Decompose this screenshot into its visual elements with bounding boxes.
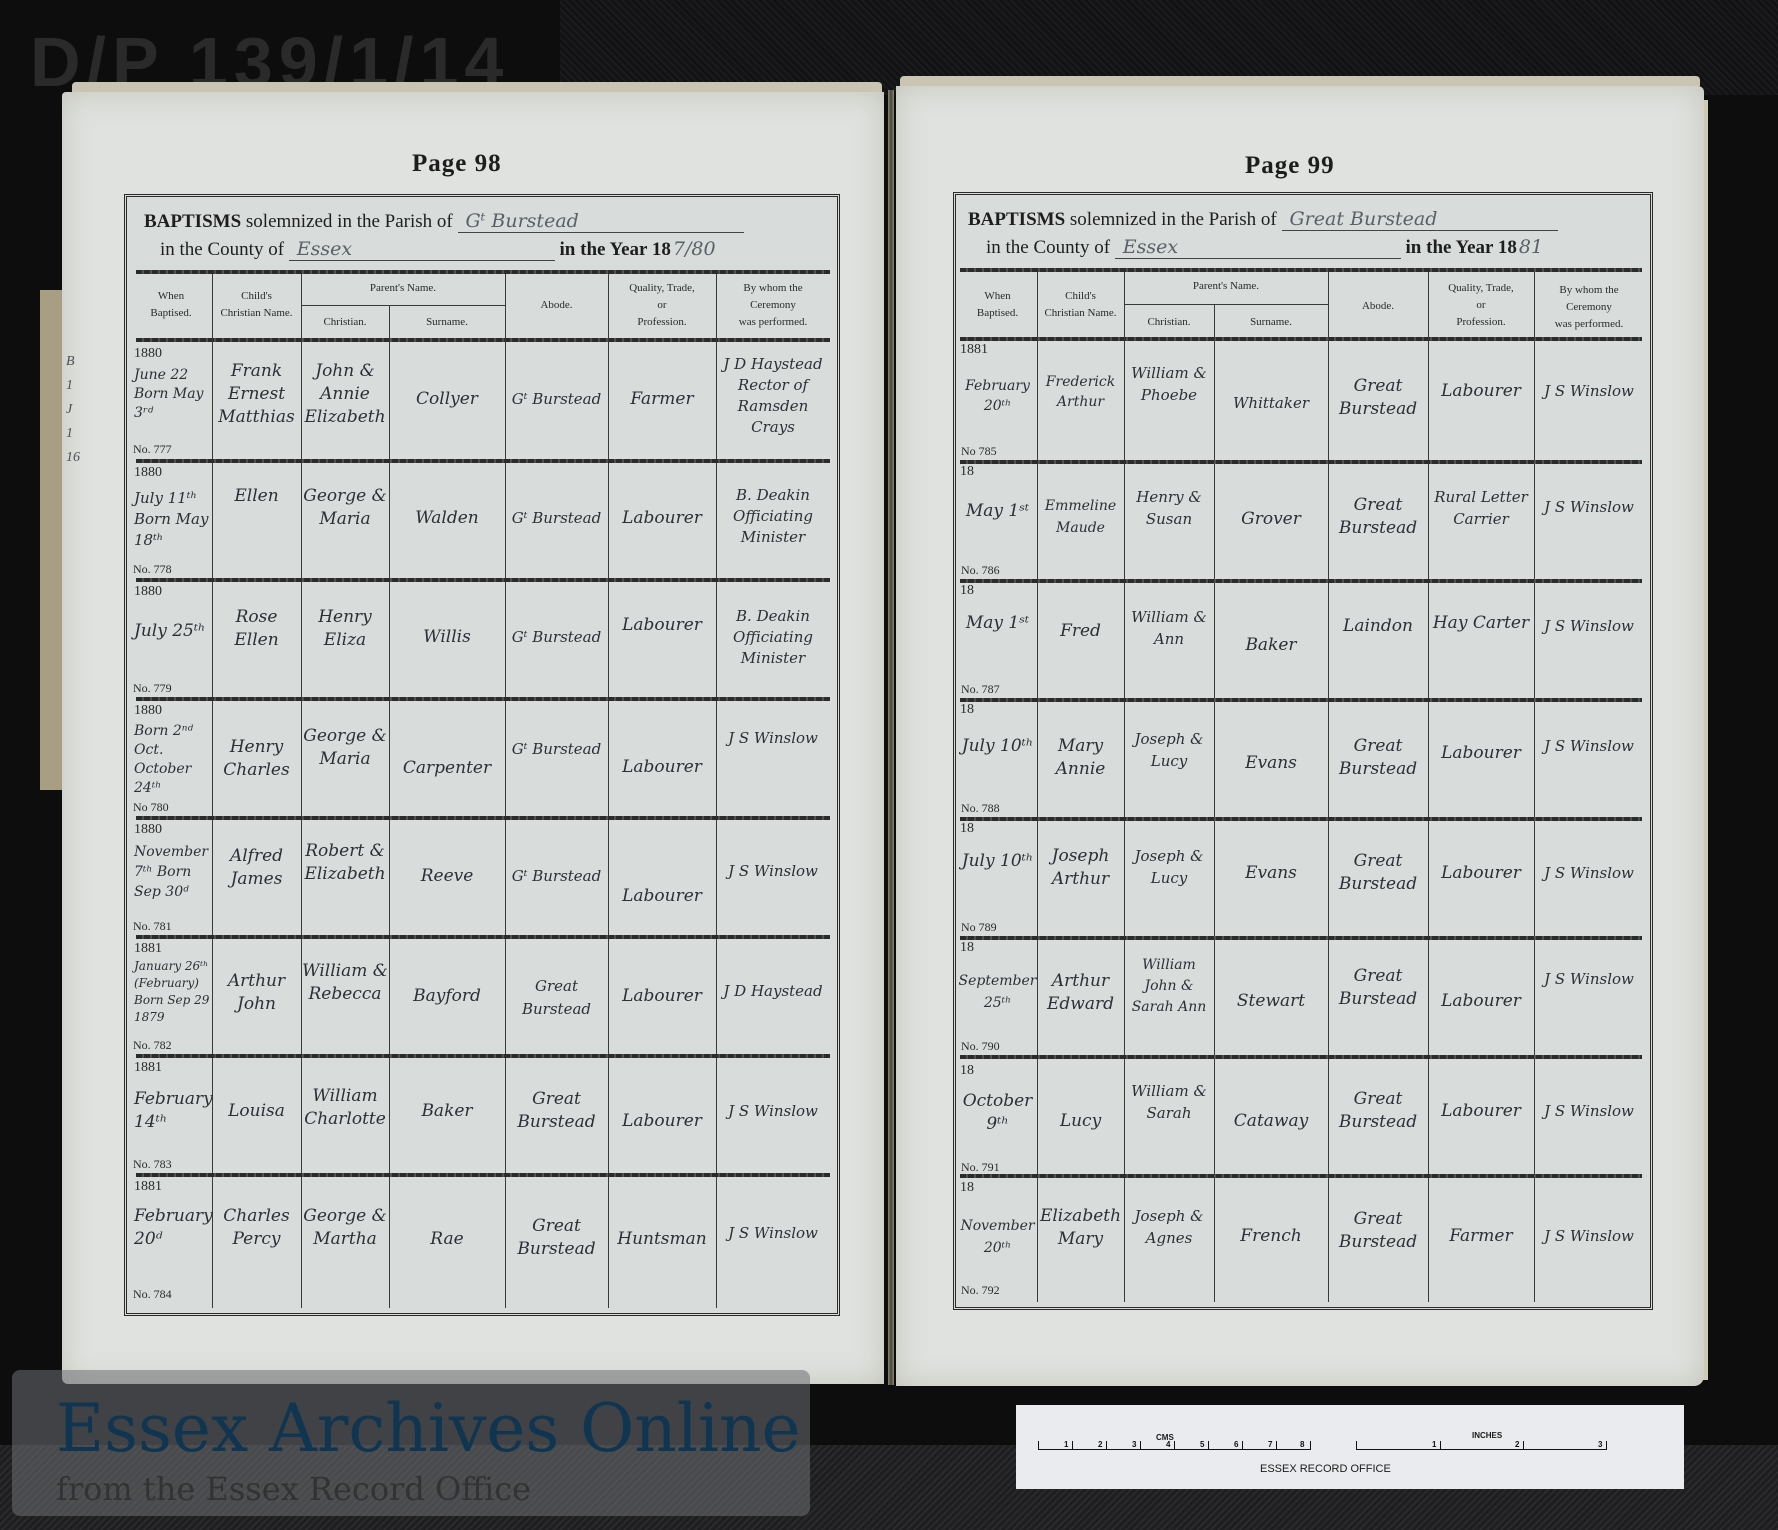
header-baptisms: BAPTISMS (144, 211, 241, 232)
row-rule (136, 459, 830, 463)
entry-abode: Great Burstead (1328, 850, 1428, 896)
row-rule (960, 1174, 1642, 1178)
header-year-label: in the Year 18 (1406, 237, 1517, 258)
entry-year: 1881 (134, 1179, 162, 1195)
entry-surname: Walden (389, 507, 505, 530)
cm-tick (1276, 1441, 1277, 1450)
entry-year: 1880 (134, 822, 162, 838)
inches-label: INCHES (1472, 1431, 1502, 1440)
entry-abode: Great Burstead (1328, 735, 1428, 781)
col-when-baptised: WhenBaptised. (130, 288, 212, 322)
entry-parents-christian: William & Rebecca (301, 960, 389, 1006)
entry-parents-christian: William & Phoebe (1124, 362, 1214, 406)
entry-quality: Labourer (1428, 862, 1534, 885)
cm-tick-label: 4 (1166, 1440, 1170, 1449)
header-rule (136, 270, 830, 274)
header-parish-line: BAPTISMS solemnized in the Parish of Gᵗ … (144, 210, 744, 233)
entry-date: July 10ᵗʰ (958, 735, 1037, 758)
entry-parents-christian: Joseph & Lucy (1124, 728, 1214, 772)
cm-tick (1106, 1441, 1107, 1450)
entry-surname: Evans (1214, 862, 1328, 885)
entry-child: Arthur Edward (1037, 970, 1124, 1016)
entry-number: No 785 (961, 444, 997, 459)
entry-surname: Willis (389, 626, 505, 649)
entry-by-whom: J S Winslow (1534, 380, 1644, 403)
row-rule (960, 579, 1642, 583)
header-bottom-rule (136, 338, 830, 342)
entry-abode: Great Burstead (1328, 494, 1428, 540)
entry-date: November 20ᵗʰ (958, 1215, 1037, 1259)
entry-date: June 22 Born May 3ʳᵈ (134, 366, 212, 423)
torn-left-edge (40, 290, 64, 790)
entry-abode: Gᵗ Burstead (505, 738, 608, 761)
entry-abode: Great Burstead (1328, 1208, 1428, 1254)
entry-date: January 26ᵗʰ (February) Born Sep 29 1879 (134, 958, 212, 1026)
inch-tick (1523, 1441, 1524, 1450)
cm-tick (1242, 1441, 1243, 1450)
header-parish-label: solemnized in the Parish of (246, 211, 453, 232)
entry-abode: Great Burstead (1328, 375, 1428, 421)
cm-tick-label: 1 (1064, 1440, 1068, 1449)
entry-year: 18 (960, 702, 974, 718)
entry-by-whom: J S Winslow (716, 860, 830, 883)
entry-number: No. 779 (133, 681, 172, 696)
entry-year: 1880 (134, 703, 162, 719)
cm-tick (1174, 1441, 1175, 1450)
col-surname: Surname. (1214, 314, 1328, 331)
entry-date: February 20ᵗʰ (958, 376, 1037, 416)
col-divider (301, 274, 302, 1308)
header-parish-label: solemnized in the Parish of (1070, 209, 1277, 230)
entry-by-whom: J S Winslow (1534, 1100, 1644, 1123)
page-stack-top-left (72, 82, 882, 92)
entry-quality: Labourer (1428, 1100, 1534, 1123)
entry-by-whom: J S Winslow (716, 1222, 830, 1245)
entry-quality: Huntsman (608, 1228, 716, 1251)
scale-ruler: CMS 1 2 3 4 5 6 7 8 INCHES 1 2 3 ESSEX R… (1016, 1405, 1684, 1489)
row-rule (136, 1173, 830, 1177)
entry-parents-christian: Robert & Elizabeth (301, 840, 389, 886)
entry-number: No. 778 (133, 562, 172, 577)
entry-number: No. 783 (133, 1157, 172, 1172)
col-parents-name: Parent's Name. (301, 280, 505, 297)
year-field: 7/80 (671, 238, 718, 260)
col-christian: Christian. (1124, 314, 1214, 331)
col-when-baptised: WhenBaptised. (958, 288, 1037, 322)
entry-surname: Baker (389, 1100, 505, 1123)
entry-child: Frederick Arthur (1037, 372, 1124, 412)
entry-by-whom: J S Winslow (1534, 735, 1644, 758)
col-abode: Abode. (1328, 298, 1428, 315)
parents-divider (1124, 304, 1328, 305)
header-baptisms: BAPTISMS (968, 209, 1065, 230)
entry-parents-christian: William & Ann (1124, 606, 1214, 650)
cm-tick-label: 3 (1132, 1440, 1136, 1449)
col-divider (1328, 272, 1329, 1302)
entry-parents-christian: George & Maria (301, 485, 389, 531)
entry-date: November 7ᵗʰ Born Sep 30ᵈ (134, 842, 212, 902)
entry-by-whom: J D Haystead (716, 980, 830, 1003)
entry-abode: Laindon (1328, 615, 1428, 638)
page-number: Page 98 (412, 150, 502, 178)
entry-number: No. 781 (133, 919, 172, 934)
entry-date: October 9ᵗʰ (958, 1090, 1037, 1136)
row-rule (960, 1055, 1642, 1059)
entry-by-whom: J S Winslow (716, 1100, 830, 1123)
entry-quality: Labourer (608, 756, 716, 779)
entry-number: No. 792 (961, 1283, 1000, 1298)
col-surname: Surname. (389, 314, 505, 331)
col-divider (1534, 272, 1535, 1302)
entry-year: 18 (960, 1180, 974, 1196)
entry-child: Emmeline Maude (1037, 495, 1124, 539)
entry-quality: Labourer (608, 507, 716, 530)
inch-tick (1356, 1441, 1357, 1450)
entry-by-whom: J S Winslow (1534, 496, 1644, 519)
entry-number: No 780 (133, 800, 169, 815)
inches-scale-bar (1356, 1449, 1606, 1450)
entry-date: February 14ᵗʰ (134, 1088, 212, 1134)
entry-quality: Farmer (1428, 1225, 1534, 1248)
entry-surname: Evans (1214, 752, 1328, 775)
entry-number: No. 790 (961, 1039, 1000, 1054)
entry-number: No. 788 (961, 801, 1000, 816)
entry-child: Lucy (1037, 1110, 1124, 1133)
entry-child: Frank Ernest Matthias (212, 360, 301, 429)
header-county-label: in the County of (986, 237, 1110, 258)
inch-tick (1440, 1441, 1441, 1450)
col-divider (1037, 272, 1038, 1302)
entry-child: Elizabeth Mary (1037, 1205, 1124, 1251)
entry-surname: Grover (1214, 508, 1328, 531)
entry-number: No. 791 (961, 1160, 1000, 1175)
entry-abode: Great Burstead (1328, 965, 1428, 1011)
header-county-label: in the County of (160, 239, 284, 260)
entry-by-whom: J D Haystead Rector of Ramsden Crays (716, 354, 830, 438)
col-quality: Quality, Trade,orProfession. (608, 280, 716, 331)
entry-parents-christian: Joseph & Agnes (1124, 1205, 1214, 1249)
entry-child: Charles Percy (212, 1205, 301, 1251)
entry-year: 18 (960, 464, 974, 480)
county-field: Essex (1115, 236, 1401, 259)
entry-year: 18 (960, 1063, 974, 1079)
entry-by-whom: J S Winslow (1534, 1225, 1644, 1248)
entry-parents-christian: Joseph & Lucy (1124, 845, 1214, 889)
entry-abode: Great Burstead (505, 1215, 608, 1261)
entry-child: Alfred James (212, 845, 301, 891)
cm-tick-label: 8 (1300, 1440, 1304, 1449)
entry-abode: Gᵗ Burstead (505, 507, 608, 530)
entry-year: 1880 (134, 584, 162, 600)
logo-subtitle: from the Essex Record Office (56, 1470, 531, 1508)
entry-surname: Bayford (389, 985, 505, 1008)
entry-date: February 20ᵈ (134, 1205, 212, 1251)
entry-by-whom: B. Deakin Officiating Minister (716, 606, 830, 669)
entry-child: Mary Annie (1037, 735, 1124, 781)
entry-date: September 25ᵗʰ (958, 970, 1037, 1014)
record-office-label: ESSEX RECORD OFFICE (1260, 1463, 1391, 1475)
cm-tick-label: 5 (1200, 1440, 1204, 1449)
entry-parents-christian: William John & Sarah Ann (1124, 955, 1214, 1018)
entry-surname: Cataway (1214, 1110, 1328, 1133)
cm-tick (1140, 1441, 1141, 1450)
col-child-name: Child'sChristian Name. (212, 288, 301, 322)
entry-surname: Whittaker (1214, 392, 1328, 415)
entry-by-whom: J S Winslow (1534, 862, 1644, 885)
entry-number: No. 784 (133, 1287, 172, 1302)
entry-year: 18 (960, 821, 974, 837)
entry-year: 1880 (134, 346, 162, 362)
page-number: Page 99 (1245, 152, 1335, 180)
inch-tick-label: 2 (1515, 1440, 1519, 1449)
row-rule (960, 936, 1642, 940)
logo-title: Essex Archives Online (56, 1390, 801, 1467)
entry-parents-christian: William Charlotte (301, 1085, 389, 1131)
entry-abode: Great Burstead (505, 975, 608, 1021)
entry-by-whom: B. Deakin Officiating Minister (716, 485, 830, 548)
entry-year: 1880 (134, 465, 162, 481)
entry-quality: Labourer (1428, 380, 1534, 403)
col-divider (389, 305, 390, 1308)
entry-surname: French (1214, 1225, 1328, 1248)
row-rule (136, 816, 830, 820)
entry-date: July 10ᵗʰ (958, 850, 1037, 873)
entry-child: Louisa (212, 1100, 301, 1123)
row-rule (136, 935, 830, 939)
entry-parents-christian: Henry Eliza (301, 606, 389, 652)
entry-parents-christian: Henry & Susan (1124, 486, 1214, 530)
col-child-name: Child'sChristian Name. (1037, 288, 1124, 322)
entry-number: No. 787 (961, 682, 1000, 697)
entry-date: May 1ˢᵗ (958, 612, 1037, 635)
parish-field: Gᵗ Burstead (458, 210, 744, 233)
entry-number: No 789 (961, 920, 997, 935)
entry-date: May 1ˢᵗ (958, 500, 1037, 523)
col-divider (505, 274, 506, 1308)
parents-divider (301, 305, 505, 306)
entry-parents-christian: George & Martha (301, 1205, 389, 1251)
row-rule (960, 460, 1642, 464)
cm-tick-label: 2 (1098, 1440, 1102, 1449)
entry-date: July 11ᵗʰ Born May 18ᵗʰ (134, 488, 212, 551)
entry-number: No. 786 (961, 563, 1000, 578)
entry-year: 1881 (134, 1060, 162, 1076)
col-divider (212, 274, 213, 1308)
col-abode: Abode. (505, 297, 608, 314)
entry-quality: Labourer (1428, 742, 1534, 765)
county-field: Essex (289, 238, 555, 261)
cm-tick (1310, 1441, 1311, 1450)
cm-tick (1208, 1441, 1209, 1450)
entry-year: 1881 (134, 941, 162, 957)
cm-tick (1072, 1441, 1073, 1450)
col-quality: Quality, Trade,orProfession. (1428, 280, 1534, 331)
entry-surname: Baker (1214, 634, 1328, 657)
entry-by-whom: J S Winslow (716, 727, 830, 750)
entry-abode: Gᵗ Burstead (505, 388, 608, 411)
entry-date: Born 2ⁿᵈ Oct. October 24ᵗʰ (134, 722, 212, 798)
entry-parents-christian: George & Maria (301, 725, 389, 771)
entry-child: Joseph Arthur (1037, 845, 1124, 891)
header-county-line: in the County of Essex in the Year 1881 (986, 236, 1545, 259)
entry-abode: Gᵗ Burstead (505, 865, 608, 888)
entry-abode: Gᵗ Burstead (505, 626, 608, 649)
entry-child: Fred (1037, 620, 1124, 643)
header-parish-line: BAPTISMS solemnized in the Parish of Gre… (968, 208, 1558, 231)
cms-label: CMS (1156, 1433, 1174, 1442)
entry-surname: Stewart (1214, 990, 1328, 1013)
entry-year: 18 (960, 583, 974, 599)
entry-quality: Labourer (608, 885, 716, 908)
entry-quality: Labourer (608, 614, 716, 637)
entry-abode: Great Burstead (505, 1088, 608, 1134)
year-field: 81 (1517, 236, 1545, 258)
entry-year: 18 (960, 940, 974, 956)
row-rule (136, 697, 830, 701)
entry-parents-christian: William & Sarah (1124, 1080, 1214, 1124)
entry-quality: Farmer (608, 388, 716, 411)
cm-tick-label: 7 (1268, 1440, 1272, 1449)
entry-quality: Labourer (1428, 990, 1534, 1013)
row-rule (960, 817, 1642, 821)
col-christian: Christian. (301, 314, 389, 331)
entry-number: No. 777 (133, 442, 172, 457)
entry-year: 1881 (960, 342, 988, 358)
entry-child: Rose Ellen (212, 606, 301, 652)
entry-quality: Labourer (608, 985, 716, 1008)
header-year-label: in the Year 18 (560, 239, 671, 260)
book-gutter (888, 90, 894, 1385)
margin-note: B 1 J 1 16 (66, 350, 78, 470)
entry-abode: Great Burstead (1328, 1088, 1428, 1134)
header-bottom-rule (960, 337, 1642, 341)
entry-number: No. 782 (133, 1038, 172, 1053)
inch-tick-label: 3 (1598, 1440, 1602, 1449)
entry-quality: Labourer (608, 1110, 716, 1133)
entry-child: Arthur John (212, 970, 301, 1016)
entry-surname: Collyer (389, 388, 505, 411)
entry-surname: Rae (389, 1228, 505, 1251)
header-county-line: in the County of Essex in the Year 187/8… (160, 238, 718, 261)
entry-surname: Reeve (389, 865, 505, 888)
parish-field: Great Burstead (1282, 208, 1558, 231)
col-divider (608, 274, 609, 1308)
header-rule (960, 268, 1642, 272)
col-divider (1214, 304, 1215, 1302)
col-parents-name: Parent's Name. (1124, 278, 1328, 295)
col-by-whom: By whom theCeremonywas performed. (716, 280, 830, 331)
row-rule (960, 698, 1642, 702)
entry-quality: Rural Letter Carrier (1428, 486, 1534, 530)
col-divider (1124, 272, 1125, 1302)
entry-quality: Hay Carter (1428, 612, 1534, 635)
col-by-whom: By whom theCeremonywas performed. (1534, 282, 1644, 333)
inch-tick (1606, 1441, 1607, 1450)
page-stack-top-right (900, 76, 1700, 86)
cm-tick-label: 6 (1234, 1440, 1238, 1449)
entry-by-whom: J S Winslow (1534, 968, 1644, 991)
entry-by-whom: J S Winslow (1534, 615, 1644, 638)
essex-archives-logo: Essex Archives Online from the Essex Rec… (12, 1370, 810, 1516)
entry-surname: Carpenter (389, 757, 505, 780)
row-rule (136, 1054, 830, 1058)
inch-tick-label: 1 (1432, 1440, 1436, 1449)
cm-tick (1038, 1441, 1039, 1450)
entry-date: July 25ᵗʰ (134, 620, 212, 643)
col-divider (1428, 272, 1429, 1302)
entry-parents-christian: John & Annie Elizabeth (301, 360, 389, 429)
row-rule (136, 578, 830, 582)
entry-child: Ellen (212, 485, 301, 508)
entry-child: Henry Charles (212, 736, 301, 782)
